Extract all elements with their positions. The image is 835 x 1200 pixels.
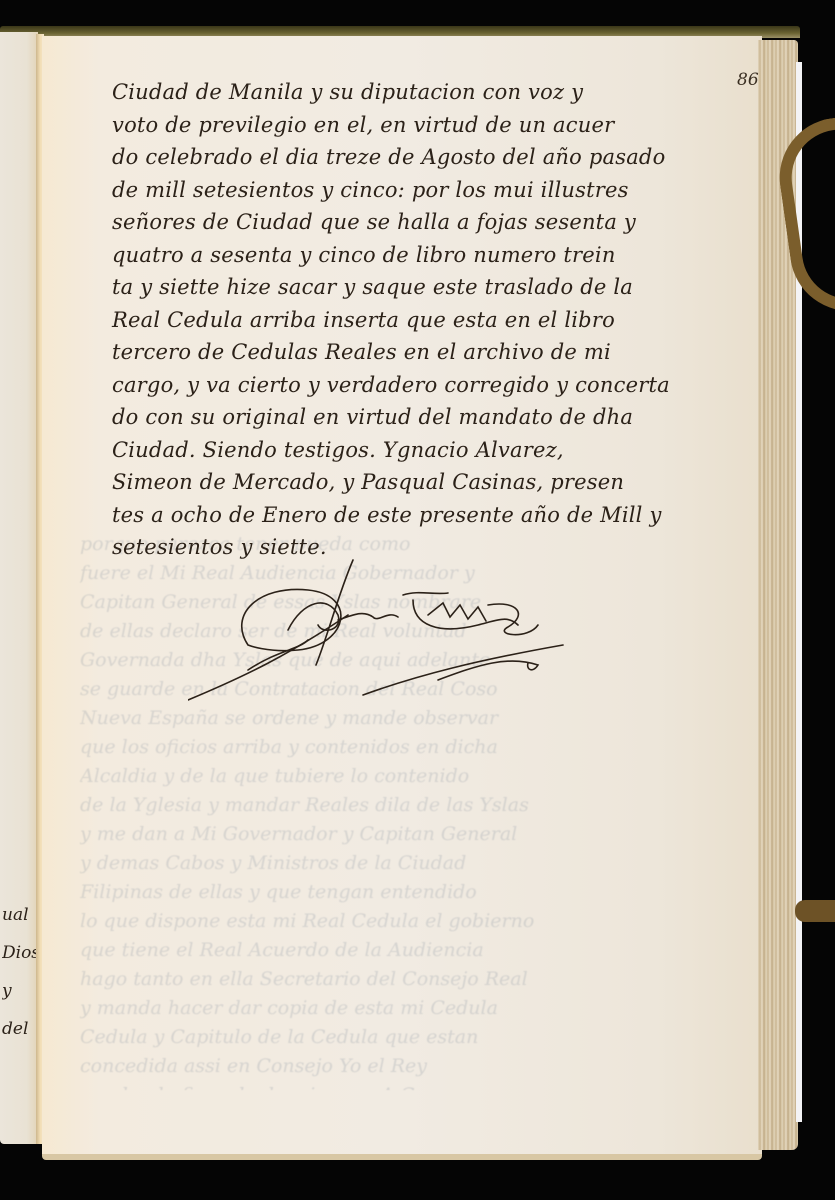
text-line: Ciudad de Manila y su diputacion con voz… — [112, 76, 762, 109]
manuscript-body: Ciudad de Manila y su diputacion con voz… — [112, 76, 762, 564]
text-line: ta y siette hize sacar y saque este tras… — [112, 271, 762, 304]
previous-page-fragments: ual Dios y del — [2, 896, 36, 1048]
manuscript-scan: ual Dios y del porque parezca tener pued… — [0, 0, 835, 1200]
fragment: del — [2, 1010, 36, 1048]
fragment: Dios — [2, 934, 36, 972]
text-line: Ciudad. Siendo testigos. Ygnacio Alvarez… — [112, 434, 762, 467]
text-line: quatro a sesenta y cinco de libro numero… — [112, 239, 762, 272]
text-line: cargo, y va cierto y verdadero corregido… — [112, 369, 762, 402]
text-line: tercero de Cedulas Reales en el archivo … — [112, 336, 762, 369]
text-line: tes a ocho de Enero de este presente año… — [112, 499, 762, 532]
text-line: Real Cedula arriba inserta que esta en e… — [112, 304, 762, 337]
text-line: señores de Ciudad que se halla a fojas s… — [112, 206, 762, 239]
text-line: voto de previlegio en el, en virtud de u… — [112, 109, 762, 142]
fragment: ual — [2, 896, 36, 934]
text-line: do celebrado el dia treze de Agosto del … — [112, 141, 762, 174]
fragment: y — [2, 972, 36, 1010]
leather-tie-bottom-icon — [795, 900, 835, 922]
text-line: Simeon de Mercado, y Pasqual Casinas, pr… — [112, 466, 762, 499]
text-line: de mill setesientos y cinco: por los mui… — [112, 174, 762, 207]
text-line: do con su original en virtud del mandato… — [112, 401, 762, 434]
signature-flourish-icon — [188, 555, 608, 705]
